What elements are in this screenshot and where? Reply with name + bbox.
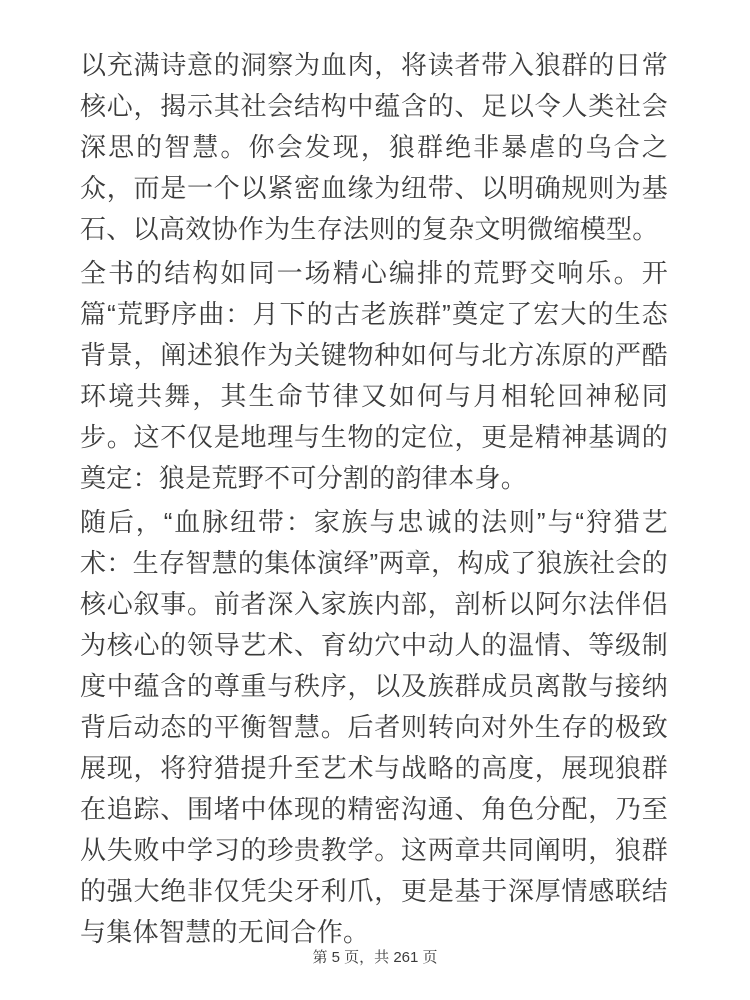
paragraph-3: 随后，“血脉纽带：家族与忠诚的法则”与“狩猎艺术：生存智慧的集体演绎”两章，构成… — [80, 502, 668, 953]
paragraph-2: 全书的结构如同一场精心编排的荒野交响乐。开篇“荒野序曲：月下的古老族群”奠定了宏… — [80, 253, 668, 499]
page-content: 以充满诗意的洞察为血肉，将读者带入狼群的日常核心，揭示其社会结构中蕴含的、足以令… — [0, 0, 750, 953]
page-number-indicator: 第 5 页，共 261 页 — [312, 949, 437, 966]
paragraph-1: 以充满诗意的洞察为血肉，将读者带入狼群的日常核心，揭示其社会结构中蕴含的、足以令… — [80, 45, 668, 250]
page-footer: 第 5 页，共 261 页 — [0, 948, 750, 967]
document-page: 以充满诗意的洞察为血肉，将读者带入狼群的日常核心，揭示其社会结构中蕴含的、足以令… — [0, 0, 750, 1000]
